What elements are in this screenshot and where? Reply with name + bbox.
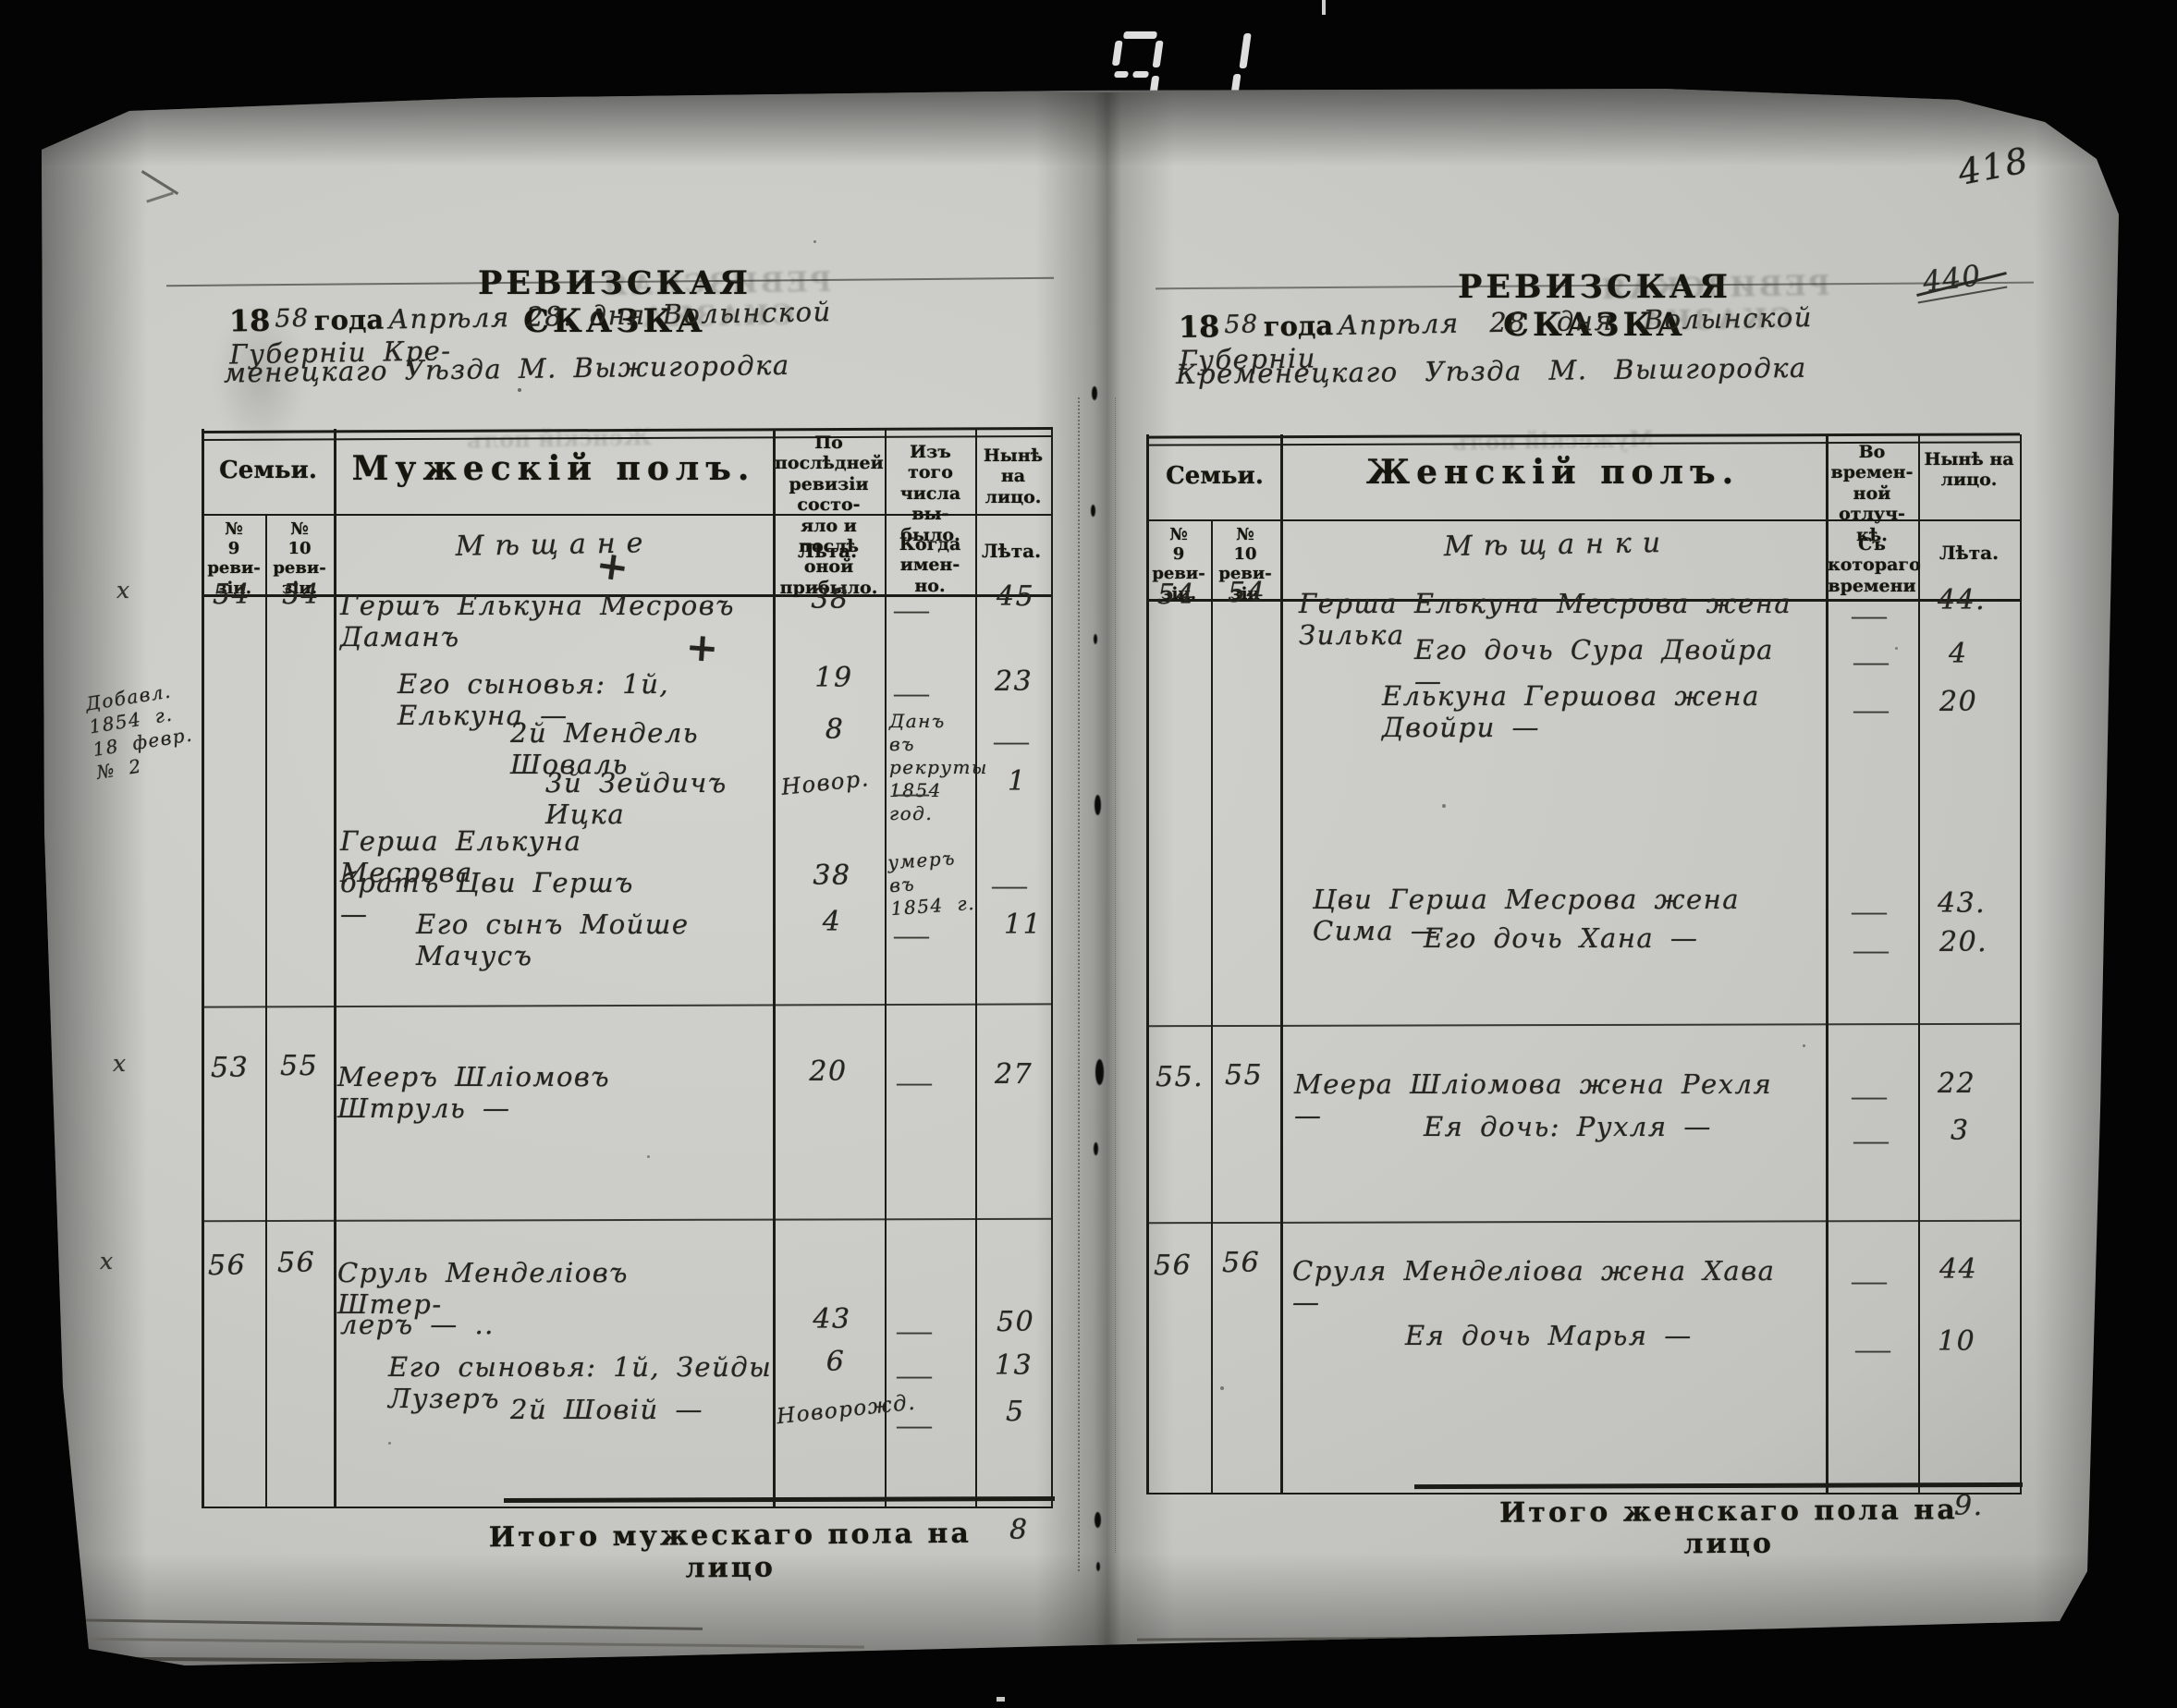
male-row-9-age-now: 50 [997, 1306, 1034, 1338]
male-row-10-age-now: 13 [995, 1349, 1033, 1382]
folio-number: 418 [1955, 140, 2033, 193]
right-bleedthrough-section: Мужескій полъ [1387, 424, 1719, 457]
left-date-printed-century: 18 [228, 303, 270, 339]
male-row-3-name: 3й Зейдичъ Ицка [545, 767, 795, 830]
male-row-7-rev9: 53 [211, 1052, 249, 1084]
male-row-7-rev10: 55 [280, 1050, 318, 1082]
male-row-0-age-now: 45 [997, 580, 1034, 613]
page-edge [1137, 1633, 2061, 1641]
male-row-2-age-prev: 8 [812, 714, 858, 746]
left-col-ages: Лѣта. [795, 540, 860, 562]
female-row-3-absence: — [1850, 897, 1889, 927]
male-row-3-departed: — [892, 778, 931, 809]
female-row-6-absence: — [1852, 1126, 1890, 1156]
right-col-present: Нынѣ на лицо. [1921, 449, 2017, 491]
male-row-7-name: Мееръ Шлiомовъ Штруль — [337, 1061, 744, 1124]
male-row-11-name: 2й Шовій — [510, 1394, 751, 1425]
male-row-0-age-prev: 38 [802, 583, 858, 616]
margin-x-mark: х [100, 1248, 115, 1275]
left-total-label: Итого мужескаго пола на лицо [462, 1517, 999, 1586]
right-col-female: Женскій полъ. [1285, 453, 1821, 492]
right-total-value: 9. [1954, 1490, 1984, 1522]
left-date-year: 58 [275, 304, 310, 334]
female-row-7-rev9: 56 [1154, 1250, 1192, 1282]
female-row-5-absence: — [1850, 1081, 1889, 1112]
female-row-8-age-now: 10 [1938, 1325, 1975, 1358]
male-row-1-departed: — [892, 678, 931, 709]
page-edge [65, 1656, 1045, 1666]
male-row-7-departed: — [895, 1067, 934, 1098]
female-row-2-name: Елькуна Гершова жена Двойри — [1382, 680, 1863, 743]
right-date-year: 58 [1224, 310, 1259, 339]
right-class-note: Мѣщанки [1350, 525, 1767, 565]
male-row-1-age-prev: 19 [806, 662, 862, 694]
female-row-2-age-now: 20 [1939, 686, 1977, 718]
right-col-absence: Во времен- ной отлуч- кѣ. [1828, 442, 1916, 545]
pen-scribble [141, 170, 179, 195]
left-margin-note: Добавл. 1854 г. 18 февр. № 2 [84, 676, 208, 785]
female-row-7-age-now: 44 [1939, 1253, 1977, 1286]
female-row-5-age-now: 22 [1938, 1067, 1975, 1100]
male-row-6-age-now: 11 [1004, 909, 1042, 941]
female-row-4-absence: — [1852, 935, 1890, 966]
male-row-1-age-now: 23 [995, 665, 1033, 698]
female-row-7-rev10: 56 [1222, 1247, 1260, 1279]
female-row-7-name: Сруля Менделіова жена Хава — [1292, 1255, 1810, 1318]
ink-blot [1094, 1142, 1098, 1155]
pen-scribble [146, 191, 173, 202]
female-row-2-absence: — [1852, 695, 1890, 726]
male-row-0-cross-mark: + [593, 542, 633, 592]
male-row-5-age-now: — [990, 871, 1029, 901]
right-date-printed-goda: года [1264, 310, 1334, 342]
male-row-0-rev10: 54 [282, 579, 320, 611]
male-row-8-rev10: 56 [277, 1247, 315, 1279]
ink-blot [1091, 505, 1095, 517]
female-row-8-absence: — [1853, 1335, 1892, 1365]
male-row-0-rev9: 54 [213, 579, 251, 611]
male-row-5-age-prev: 38 [804, 860, 860, 892]
left-col-present: Нынѣ на лицо. [977, 445, 1049, 507]
left-col-prev-revision: По послѣдней ревизіи состо- яло и послѣ … [775, 433, 883, 598]
male-row-11-departed: — [895, 1410, 934, 1441]
page-edge [55, 1618, 703, 1630]
margin-x-mark: х [113, 1050, 128, 1077]
right-total-label: Итого женскаго пола на лицо [1479, 1494, 1978, 1562]
ink-blot [1095, 1059, 1104, 1085]
female-row-0-rev9: 54 [1157, 579, 1195, 611]
ink-blot [1096, 1562, 1100, 1571]
right-col-family: Семьи. [1150, 462, 1279, 490]
male-row-10-departed: — [895, 1360, 934, 1391]
female-row-6-age-now: 3 [1951, 1115, 1970, 1147]
left-class-note: Мѣщане [397, 526, 713, 564]
left-col-family: Семьи. [205, 457, 331, 484]
male-row-6-name: Его сынъ Мойше Мачусъ [416, 909, 749, 971]
left-col-when: Когда имен- но. [887, 534, 972, 596]
male-row-11-age-now: 5 [1006, 1396, 1025, 1428]
microfilm-frame: 418 440 РЕВИЗСКАЯ СКАЗКА РЕВИЗСКАЯ СКАЗК… [0, 0, 2177, 1708]
margin-x-mark: х [116, 577, 131, 604]
female-row-1-age-now: 4 [1949, 638, 1968, 670]
male-row-1-cross-mark: + [684, 624, 721, 671]
right-date-printed-century: 18 [1178, 309, 1219, 345]
male-row-7-age-now: 27 [995, 1058, 1033, 1091]
left-col-ages-now: Лѣта. [978, 540, 1045, 562]
male-row-6-age-prev: 4 [813, 906, 850, 938]
female-row-6-name: Ея дочь: Рухля — [1424, 1111, 1756, 1142]
male-row-11-age-prev: Новорожд. [776, 1394, 888, 1429]
female-row-5-rev10: 55 [1225, 1059, 1263, 1092]
female-row-8-name: Ея дочь Марья — [1405, 1320, 1793, 1351]
male-row-6-departed: — [892, 921, 931, 951]
film-frame-mark-bottom [997, 1697, 1005, 1702]
film-frame-mark-top [1322, 0, 1326, 15]
female-row-0-absence: — [1850, 601, 1889, 631]
female-row-0-age-now: 44. [1938, 584, 1986, 616]
right-date-line2: Кременецкаго Уѣзда М. Вышгородка [1176, 351, 1878, 390]
male-row-10-age-prev: 6 [817, 1346, 854, 1378]
binding-gutter [1035, 92, 1174, 1654]
male-row-5-departed: умеръ въ 1854 г. [887, 846, 976, 921]
female-row-1-absence: — [1852, 647, 1890, 677]
left-total-value: 8 [1009, 1514, 1029, 1546]
ink-blot [1095, 795, 1101, 815]
male-row-8-rev9: 56 [208, 1250, 246, 1282]
male-row-3-age-now: 1 [1008, 765, 1027, 798]
male-row-0-departed: — [892, 595, 931, 626]
ink-blot [1095, 1512, 1101, 1528]
left-col-departed: Изъ того числа вы- было. [887, 442, 974, 545]
male-row-7-age-prev: 20 [801, 1055, 856, 1088]
right-col-ages-now: Лѣта. [1923, 542, 2015, 564]
female-row-0-rev10: 54 [1228, 577, 1266, 609]
female-row-5-rev9: 55. [1156, 1061, 1204, 1093]
right-col-since: Съ котораго времени [1828, 534, 1916, 596]
ink-blot [1092, 386, 1097, 400]
male-row-9-name: леръ — .. [340, 1309, 636, 1340]
left-col-male: Мужескій полъ. [337, 449, 770, 488]
female-row-3-age-now: 43. [1938, 887, 1986, 920]
female-row-7-absence: — [1850, 1266, 1889, 1297]
page-edge [51, 1637, 864, 1648]
left-date-printed-goda: года [314, 304, 385, 336]
male-row-9-departed: — [895, 1316, 934, 1347]
male-row-2-age-now: — [992, 726, 1031, 757]
ink-blot [1094, 634, 1097, 644]
male-row-9-age-prev: 43 [804, 1303, 860, 1336]
document-scan: 418 440 РЕВИЗСКАЯ СКАЗКА РЕВИЗСКАЯ СКАЗК… [0, 0, 2177, 1708]
female-row-4-age-now: 20. [1939, 926, 1987, 958]
female-row-4-name: Его дочь Хана — [1424, 922, 1756, 954]
